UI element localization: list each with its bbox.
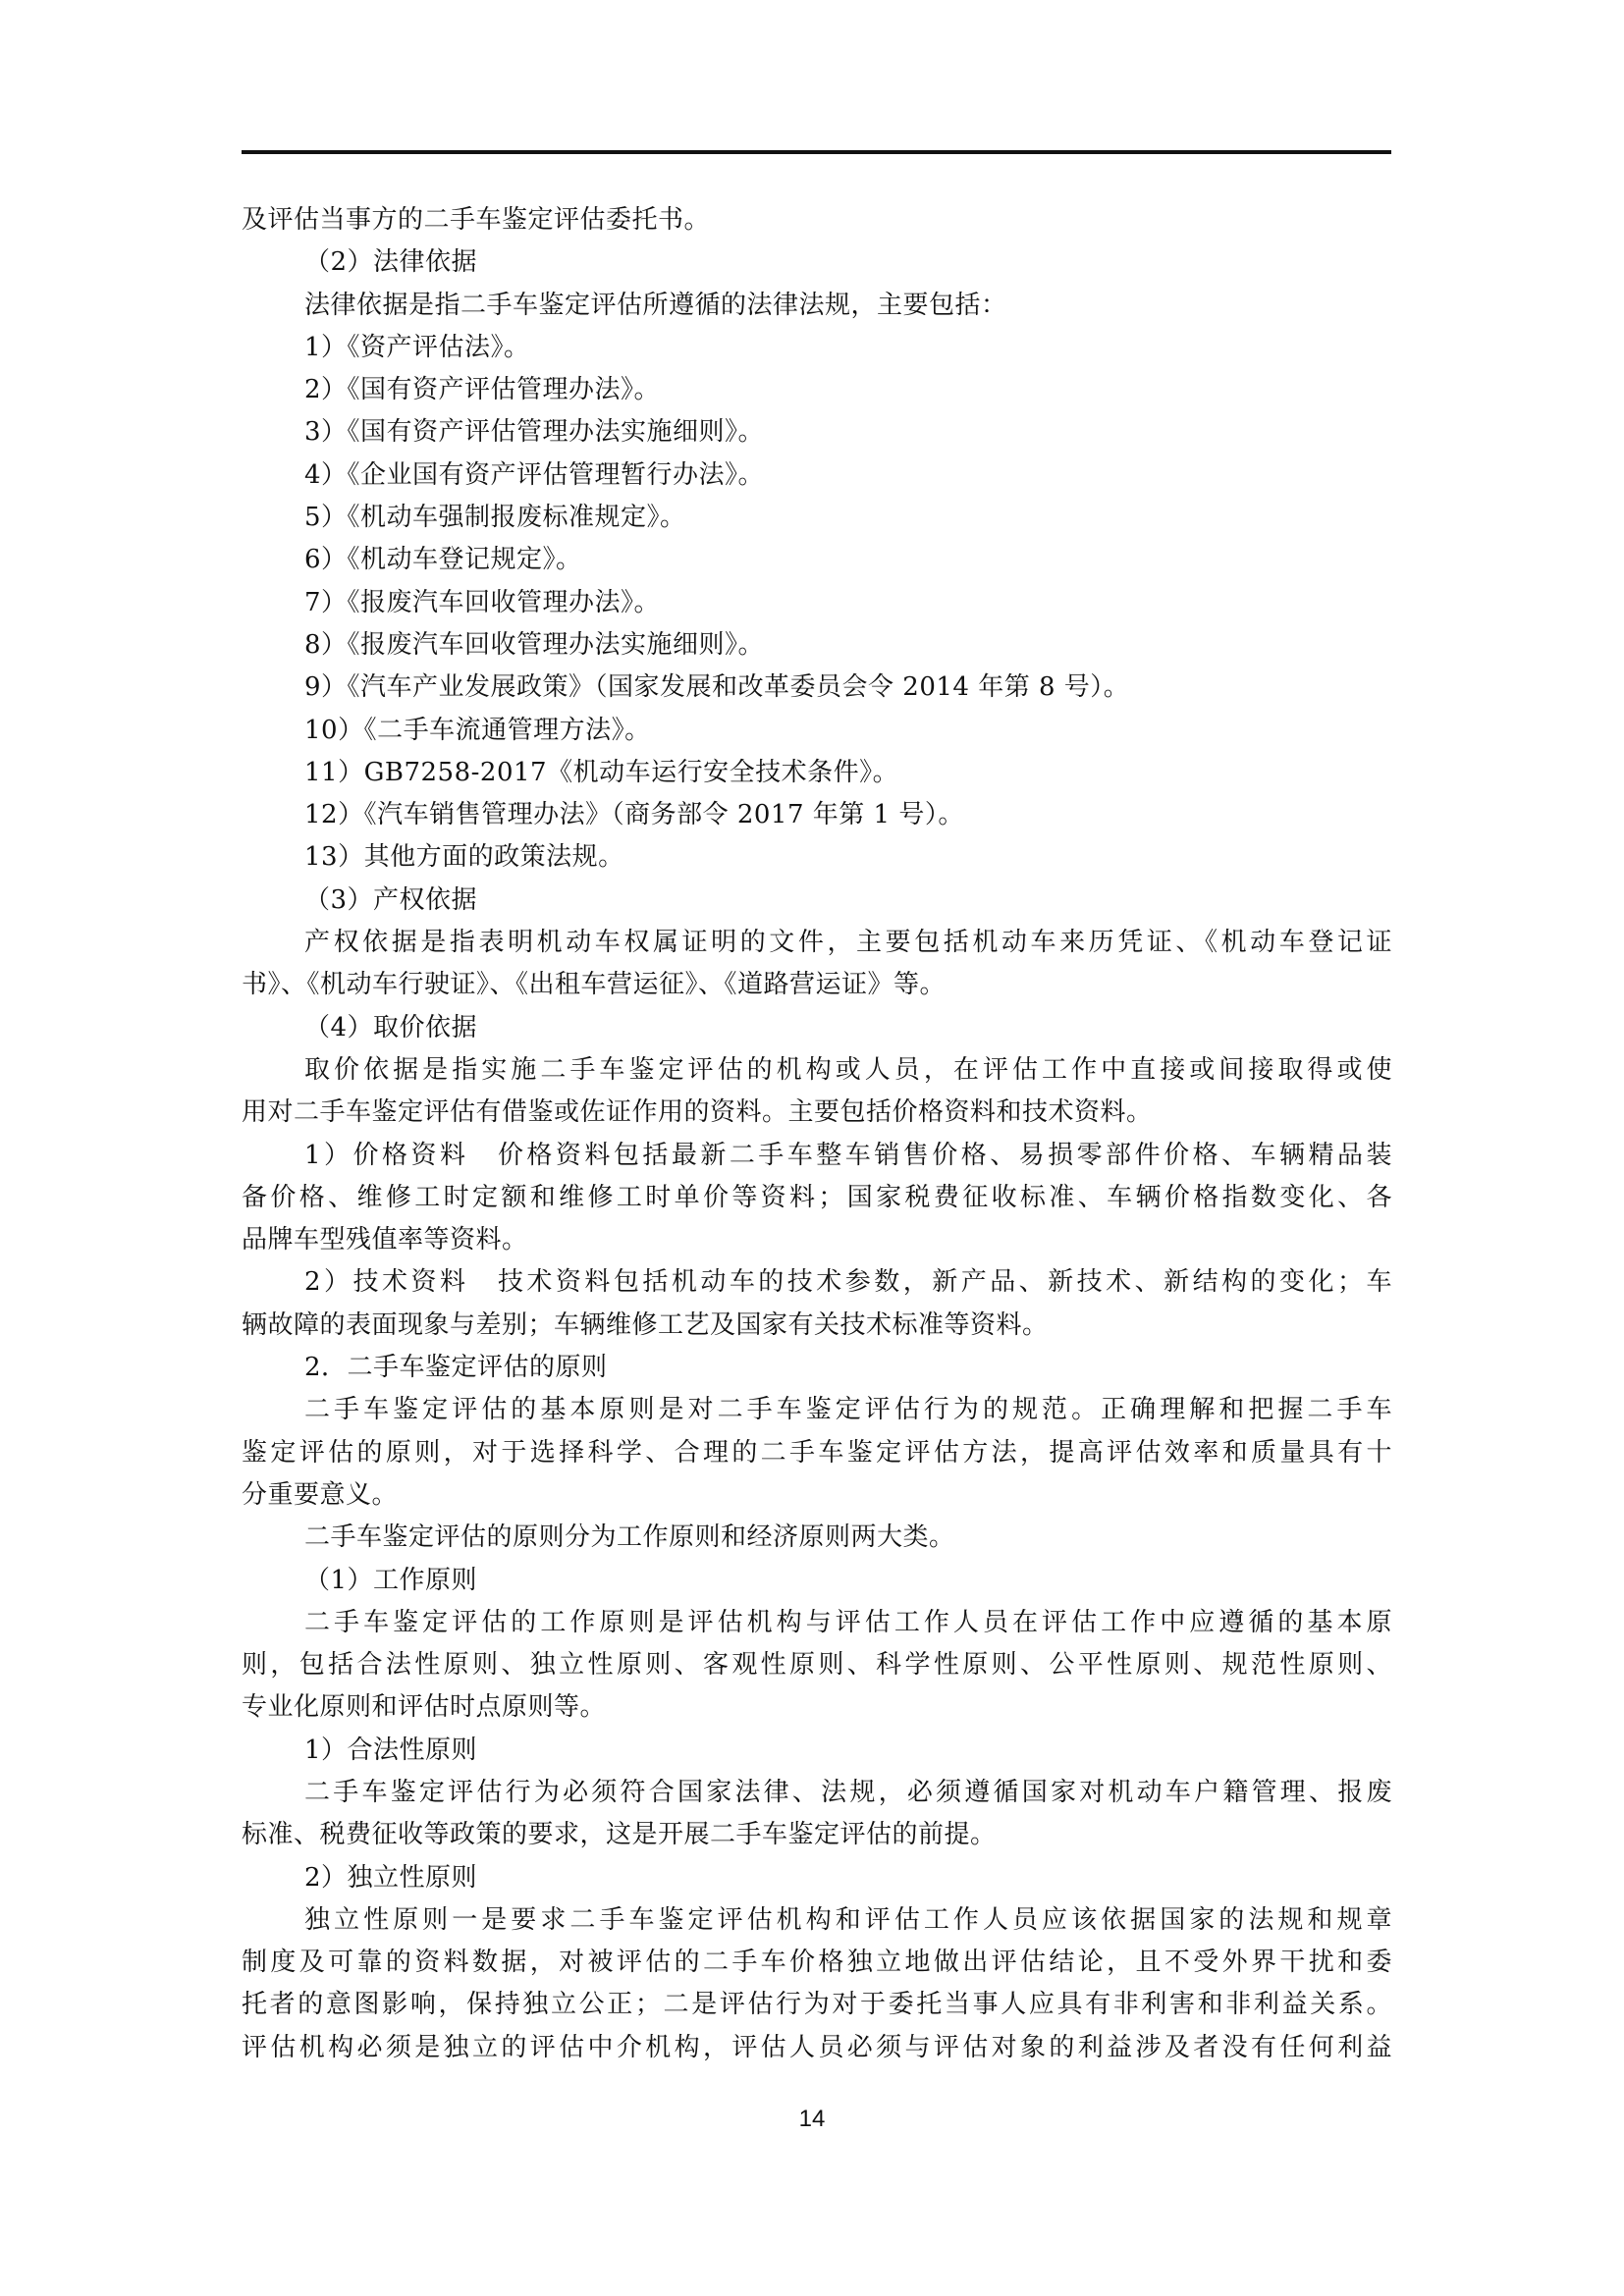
text-line: 法律依据是指二手车鉴定评估所遵循的法律法规，主要包括：: [242, 285, 1392, 327]
page-number: 14: [0, 2106, 1624, 2133]
text-line: 2）独立性原则: [242, 1857, 1392, 1899]
text-line: 二手车鉴定评估行为必须符合国家法律、法规，必须遵循国家对机动车户籍管理、报废: [242, 1772, 1392, 1814]
text-line: 2）《国有资产评估管理办法》。: [242, 369, 1392, 411]
text-line: 取价依据是指实施二手车鉴定评估的机构或人员，在评估工作中直接或间接取得或使: [242, 1049, 1392, 1092]
text-line: 鉴定评估的原则，对于选择科学、合理的二手车鉴定评估方法，提高评估效率和质量具有十: [242, 1432, 1392, 1474]
text-line: 12）《汽车销售管理办法》（商务部令 2017 年第 1 号）。: [242, 794, 1392, 836]
text-line: 书》、《机动车行驶证》、《出租车营运征》、《道路营运证》等。: [242, 964, 1392, 1006]
text-line: （4）取价依据: [242, 1007, 1392, 1049]
text-line: 二手车鉴定评估的原则分为工作原则和经济原则两大类。: [242, 1517, 1392, 1559]
text-line: 9）《汽车产业发展政策》（国家发展和改革委员会令 2014 年第 8 号）。: [242, 667, 1392, 709]
text-line: 1）合法性原则: [242, 1730, 1392, 1772]
text-line: 5）《机动车强制报废标准规定》。: [242, 497, 1392, 539]
text-line: 二手车鉴定评估的工作原则是评估机构与评估工作人员在评估工作中应遵循的基本原: [242, 1602, 1392, 1644]
text-line: 辆故障的表面现象与差别；车辆维修工艺及国家有关技术标准等资料。: [242, 1305, 1392, 1347]
text-line: 独立性原则一是要求二手车鉴定评估机构和评估工作人员应该依据国家的法规和规章: [242, 1899, 1392, 1942]
text-line: 制度及可靠的资料数据，对被评估的二手车价格独立地做出评估结论，且不受外界干扰和委: [242, 1942, 1392, 1984]
page-body: 及评估当事方的二手车鉴定评估委托书。（2）法律依据法律依据是指二手车鉴定评估所遵…: [242, 199, 1392, 2069]
text-line: 及评估当事方的二手车鉴定评估委托书。: [242, 199, 1392, 241]
text-line: 用对二手车鉴定评估有借鉴或佐证作用的资料。主要包括价格资料和技术资料。: [242, 1092, 1392, 1134]
text-line: 8）《报废汽车回收管理办法实施细则》。: [242, 624, 1392, 667]
header-rule: [242, 150, 1391, 154]
text-line: 1）《资产评估法》。: [242, 327, 1392, 369]
text-line: 备价格、维修工时定额和维修工时单价等资料；国家税费征收标准、车辆价格指数变化、各: [242, 1177, 1392, 1219]
text-line: 则，包括合法性原则、独立性原则、客观性原则、科学性原则、公平性原则、规范性原则、: [242, 1644, 1392, 1686]
text-line: 13）其他方面的政策法规。: [242, 836, 1392, 879]
text-line: 4）《企业国有资产评估管理暂行办法》。: [242, 454, 1392, 497]
text-line: 专业化原则和评估时点原则等。: [242, 1686, 1392, 1729]
text-line: 标准、税费征收等政策的要求，这是开展二手车鉴定评估的前提。: [242, 1814, 1392, 1856]
text-line: 3）《国有资产评估管理办法实施细则》。: [242, 411, 1392, 454]
text-line: 评估机构必须是独立的评估中介机构，评估人员必须与评估对象的利益涉及者没有任何利益: [242, 2027, 1392, 2069]
text-line: （2）法律依据: [242, 241, 1392, 284]
text-line: 2）技术资料 技术资料包括机动车的技术参数，新产品、新技术、新结构的变化；车: [242, 1261, 1392, 1304]
text-line: 1）价格资料 价格资料包括最新二手车整车销售价格、易损零部件价格、车辆精品装: [242, 1135, 1392, 1177]
text-line: 11）GB7258-2017《机动车运行安全技术条件》。: [242, 752, 1392, 794]
text-line: 6）《机动车登记规定》。: [242, 539, 1392, 581]
text-line: 分重要意义。: [242, 1474, 1392, 1517]
text-line: 产权依据是指表明机动车权属证明的文件，主要包括机动车来历凭证、《机动车登记证: [242, 922, 1392, 964]
text-line: 10）《二手车流通管理方法》。: [242, 710, 1392, 752]
text-line: 品牌车型残值率等资料。: [242, 1219, 1392, 1261]
text-line: （3）产权依据: [242, 880, 1392, 922]
text-line: 托者的意图影响，保持独立公正；二是评估行为对于委托当事人应具有非利害和非利益关系…: [242, 1984, 1392, 2026]
text-line: 7）《报废汽车回收管理办法》。: [242, 582, 1392, 624]
text-line: 2．二手车鉴定评估的原则: [242, 1347, 1392, 1389]
text-line: 二手车鉴定评估的基本原则是对二手车鉴定评估行为的规范。正确理解和把握二手车: [242, 1389, 1392, 1431]
text-line: （1）工作原则: [242, 1560, 1392, 1602]
